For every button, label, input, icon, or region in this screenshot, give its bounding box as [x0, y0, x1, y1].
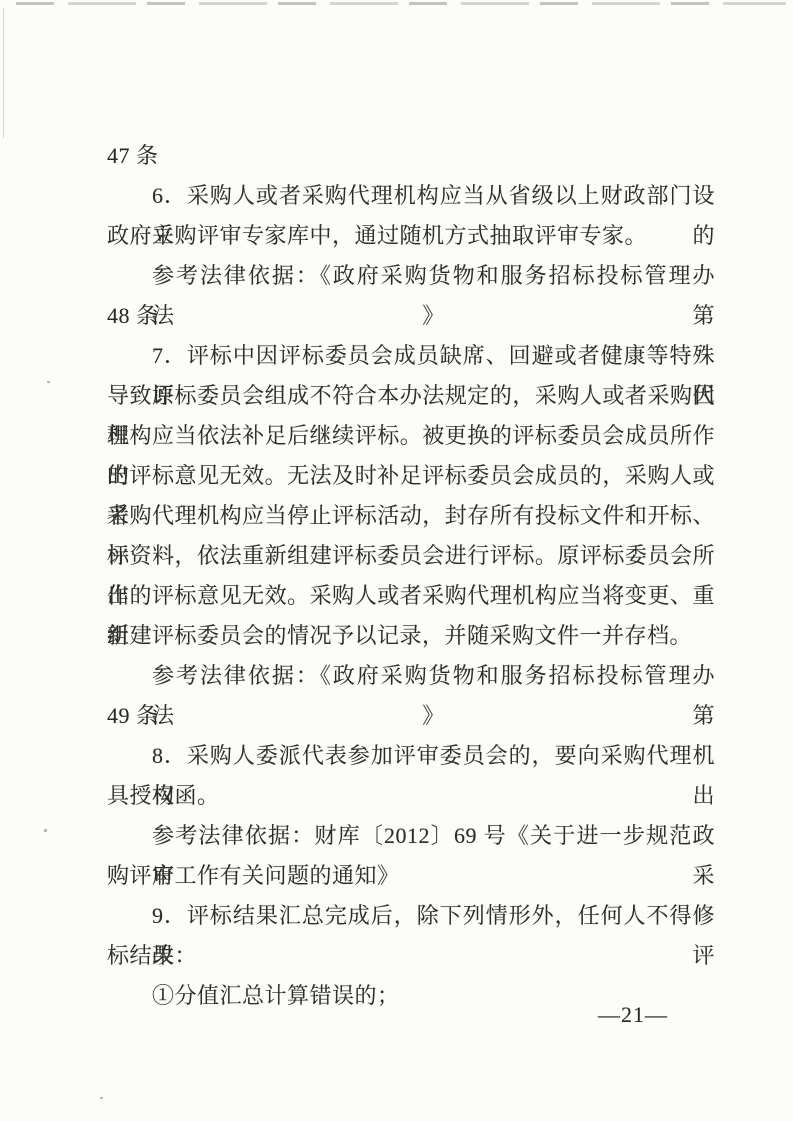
document-line: 8．采购人委派代表参加评审委员会的，要向采购代理机构出: [107, 736, 715, 776]
document-line: 导致评标委员会组成不符合本办法规定的，采购人或者采购代理: [107, 376, 715, 416]
document-line: 机构应当依法补足后继续评标。被更换的评标委员会成员所作出: [107, 416, 715, 456]
scan-artifact-top-line: [16, 2, 786, 5]
scan-speck: [100, 1097, 103, 1099]
document-line: 出的评标意见无效。采购人或者采购代理机构应当将变更、重新: [107, 576, 715, 616]
document-line: 6．采购人或者采购代理机构应当从省级以上财政部门设立的: [107, 176, 715, 216]
document-line: 标资料，依法重新组建评标委员会进行评标。原评标委员会所作: [107, 536, 715, 576]
document-line: 参考法律依据：财库〔2012〕69 号《关于进一步规范政府采: [107, 816, 715, 856]
document-line: 的评标意见无效。无法及时补足评标委员会成员的，采购人或者: [107, 456, 715, 496]
scan-speck: [47, 381, 50, 383]
document-text-block: 47 条 6．采购人或者采购代理机构应当从省级以上财政部门设立的 政府采购评审专…: [107, 136, 715, 1016]
document-line: 组建评标委员会的情况予以记录，并随采购文件一并存档。: [107, 616, 715, 656]
scan-artifact-left-edge: [3, 8, 4, 138]
document-line: 47 条: [107, 136, 715, 176]
document-line: 9．评标结果汇总完成后，除下列情形外，任何人不得修改评: [107, 896, 715, 936]
scan-speck: [44, 829, 47, 832]
document-line: 参考法律依据：《政府采购货物和服务招标投标管理办法》第: [107, 256, 715, 296]
scanned-page: 47 条 6．采购人或者采购代理机构应当从省级以上财政部门设立的 政府采购评审专…: [0, 0, 793, 1121]
document-line: 采购代理机构应当停止评标活动，封存所有投标文件和开标、评: [107, 496, 715, 536]
document-line: 参考法律依据：《政府采购货物和服务招标投标管理办法》第: [107, 656, 715, 696]
document-line: 政府采购评审专家库中，通过随机方式抽取评审专家。: [107, 216, 715, 256]
document-line: 7．评标中因评标委员会成员缺席、回避或者健康等特殊原因: [107, 336, 715, 376]
page-number: —21—: [598, 1002, 668, 1028]
